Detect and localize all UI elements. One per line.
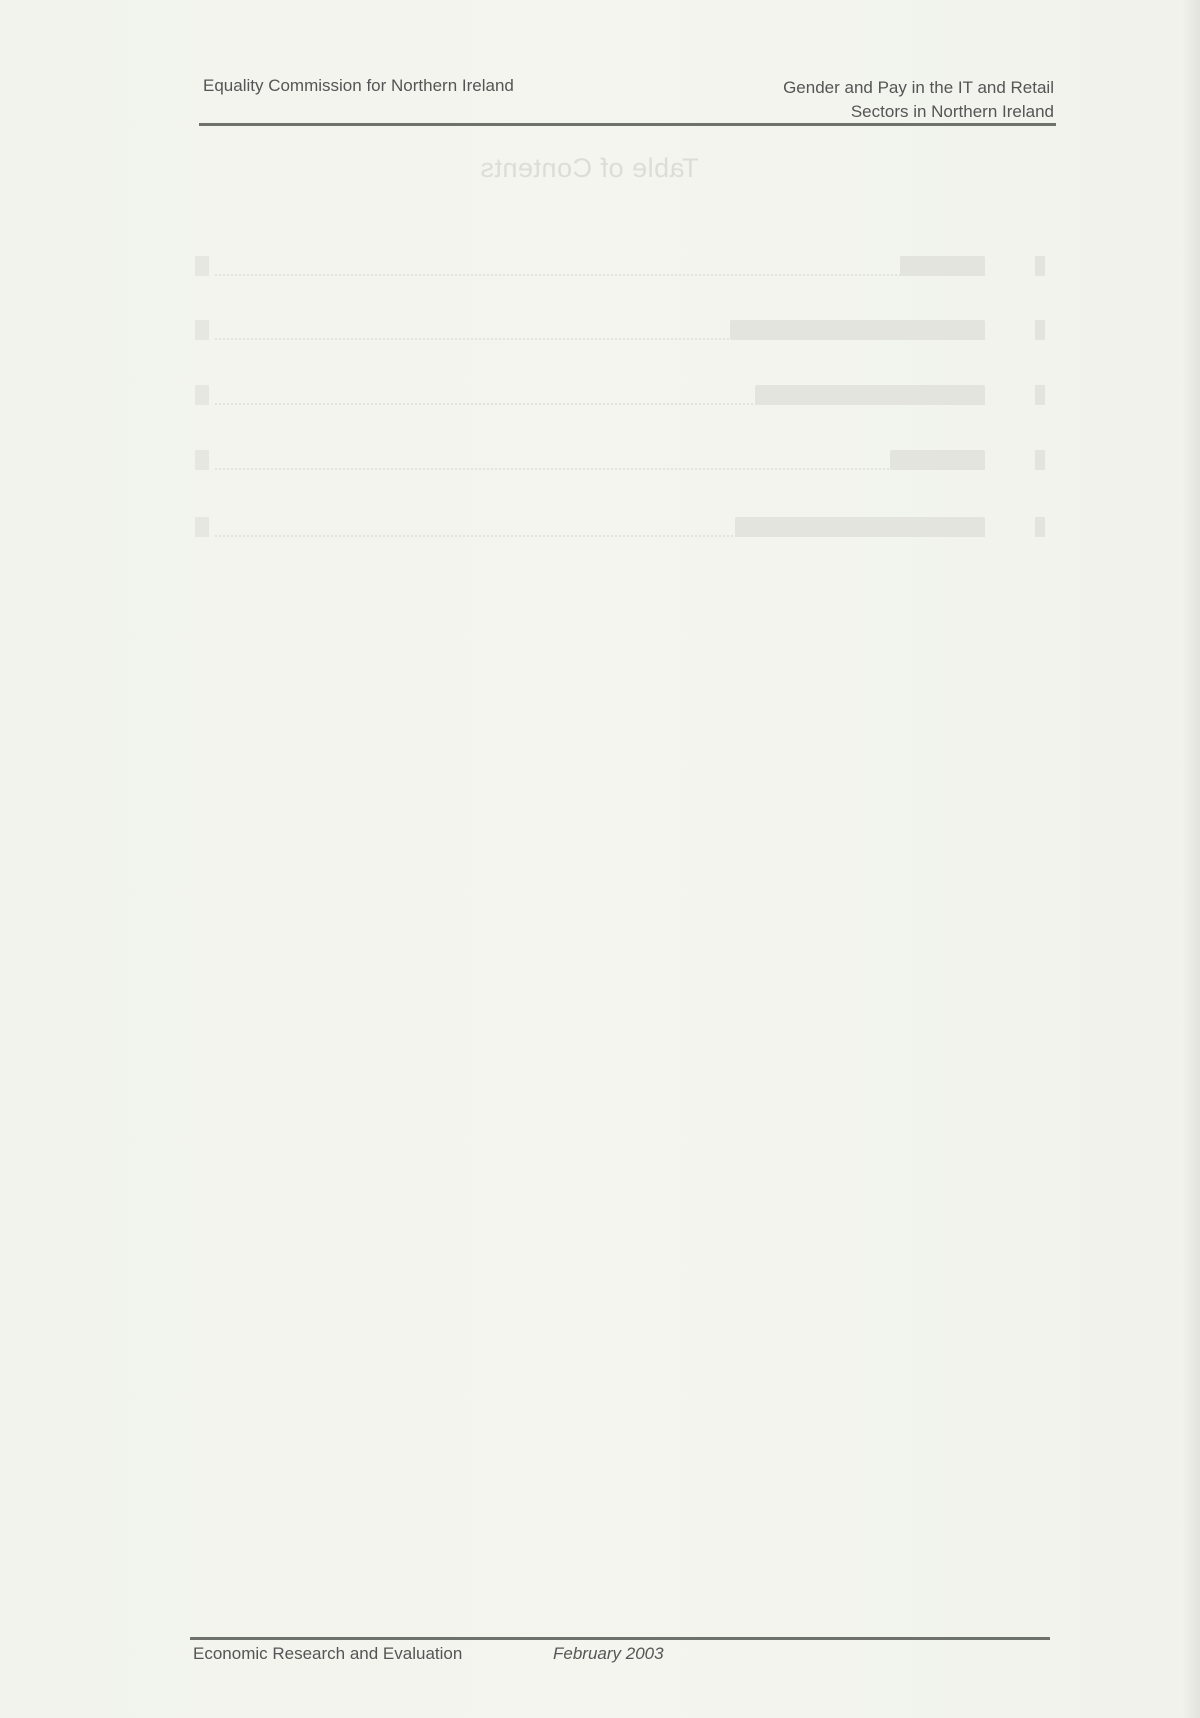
- header-report-title-line1: Gender and Pay in the IT and Retail: [783, 76, 1054, 100]
- footer-date: February 2003: [553, 1644, 664, 1664]
- footer-department: Economic Research and Evaluation: [193, 1644, 462, 1664]
- header-organization: Equality Commission for Northern Ireland: [203, 76, 514, 96]
- header-report-title: Gender and Pay in the IT and Retail Sect…: [783, 76, 1054, 124]
- footer-rule: [190, 1637, 1050, 1640]
- header-report-title-line2: Sectors in Northern Ireland: [783, 100, 1054, 124]
- header-rule: [199, 123, 1056, 126]
- document-page: Equality Commission for Northern Ireland…: [0, 0, 1200, 1718]
- show-through-toc-entry: [195, 517, 1045, 541]
- page-edge-shadow: [1182, 0, 1200, 1718]
- show-through-toc-entry: [195, 450, 1045, 474]
- show-through-toc-entry: [195, 385, 1045, 409]
- show-through-title: Table of Contents: [480, 153, 699, 184]
- show-through-toc-entry: [195, 320, 1045, 344]
- show-through-toc-entry: [195, 256, 1045, 280]
